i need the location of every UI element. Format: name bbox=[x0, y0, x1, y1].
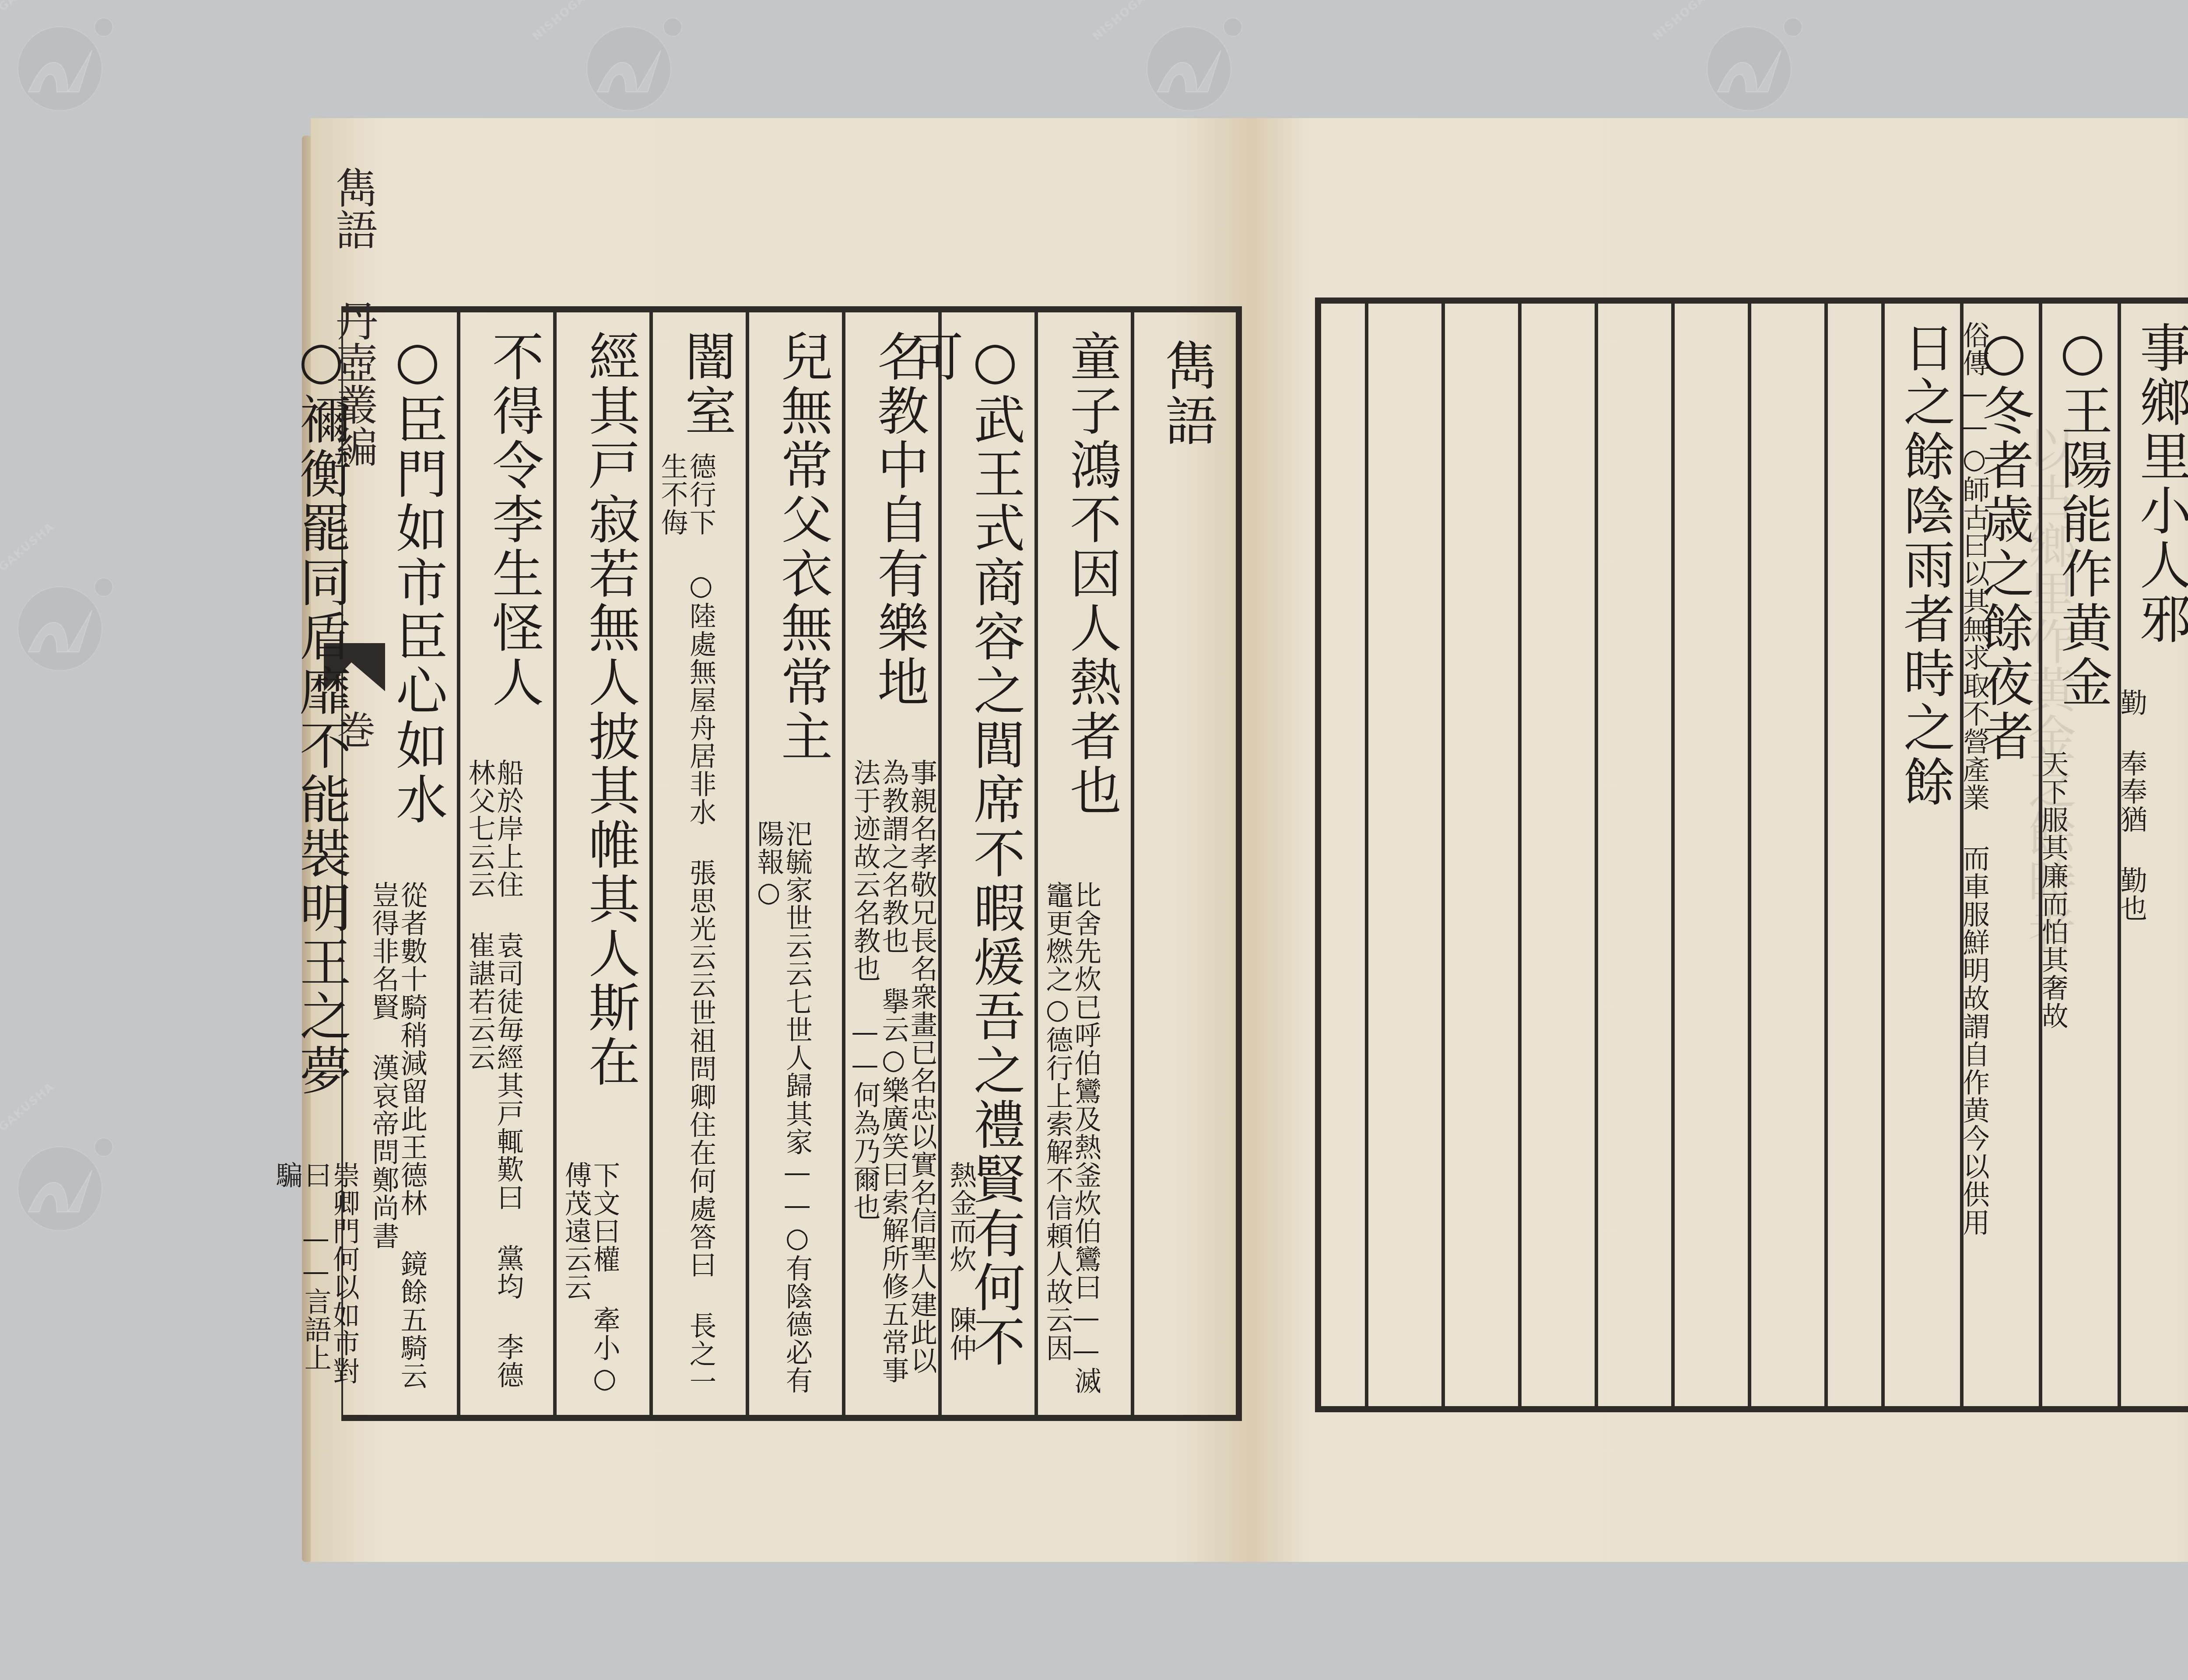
text-column: ○冬者歳之餘夜者俗傳——○師古曰以其無求取不營產業 而車服鮮明故謂自作黄今以供用 bbox=[1960, 321, 2039, 1389]
main-text: 事鄉里小人邪 bbox=[2130, 321, 2188, 647]
main-text: 不得令李生怪人 bbox=[482, 330, 544, 710]
main-text: 童子鴻不因人熱者也 bbox=[1060, 330, 1122, 818]
blank-column-rule bbox=[1518, 304, 1522, 1406]
text-column: ○武王式商容之閭席不暇煖吾之禮賢有何不可熱金而炊 陳仲 bbox=[947, 330, 1034, 1397]
left-page: 雋語 丹壺叢編 巻 雋語 童子鴻不因人熱者也比舍先炊已呼伯鸞及熱釜炊伯鸞曰——滅… bbox=[311, 118, 1252, 1562]
main-text: ○禰衡罷同盾靡不能裝明王之夢 bbox=[290, 330, 352, 1098]
annotation-text: 熱金而炊 陳仲 bbox=[947, 1161, 975, 1362]
text-column: 經其戸寂若無人披其帷其人斯在下文曰權 牽小○ 傅茂遠云云 bbox=[562, 330, 649, 1397]
text-column: ○臣門如市臣心如水從者數十騎稍減留此王德林 鏡餘五騎云 豈得非名賢 漢哀帝問鄭尚… bbox=[369, 330, 457, 1397]
right-text-frame: 事鄉里小人邪勤 奉奉猶 勤也○王陽能作黄金天下服其廉而怕其奢故○冬者歳之餘夜者俗… bbox=[1315, 297, 2188, 1412]
annotation-text: 從者數十騎稍減留此王德林 鏡餘五騎云 豈得非名賢 漢哀帝問鄭尚書 bbox=[369, 881, 426, 1397]
watermark-logo: NISHOGAKUSHA bbox=[1129, 0, 1243, 114]
main-text: ○王陽能作黄金 bbox=[2051, 321, 2113, 710]
text-column: 兒無常父衣無常主汜毓家世云云七世人歸其家——○有陰德必有陽報○ bbox=[754, 330, 842, 1397]
text-column: ○王陽能作黄金天下服其廉而怕其奢故 bbox=[2039, 321, 2118, 1389]
watermark-logo: NISHOGAKUSHA bbox=[0, 1120, 114, 1234]
watermark-logo: NISHOGAKUSHA bbox=[569, 0, 683, 114]
annotation-text: 船於岸上住 袁司徒毎經其戸輒歎曰 黨均 李德林父七云云 崔諶若云云 bbox=[466, 759, 522, 1397]
main-text: 日之餘陰雨者時之餘 bbox=[1893, 321, 1956, 809]
annotation-text: 事親名孝敬兄長名衆畫已名忠以實名信聖人建此以為教謂之名教也 擧云○樂廣笑曰索解所… bbox=[851, 759, 936, 1397]
annotation-text: 比舍先炊已呼伯鸞及熱釜炊伯鸞曰——滅竈更燃之○德行上索解不信頼人故云因 bbox=[1043, 881, 1100, 1397]
blank-column-rule bbox=[1595, 304, 1598, 1406]
annotation-text: 汜毓家世云云七世人歸其家——○有陰德必有陽報○ bbox=[754, 820, 811, 1397]
watermark-logo: NISHOGAKUSHA bbox=[1689, 0, 1803, 114]
main-text: ○臣門如市臣心如水 bbox=[386, 330, 448, 827]
watermark-logo: NISHOGAKUSHA bbox=[0, 0, 114, 114]
blank-column-rule bbox=[1441, 304, 1445, 1406]
text-column: 闇室德行下 ○陸處無屋舟居非水 張思光云云世祖問卿住在何處答曰 長之一生不侮 bbox=[658, 330, 746, 1397]
blank-column-rule bbox=[1824, 304, 1828, 1406]
blank-column-rule bbox=[1671, 304, 1675, 1406]
watermark-logo: NISHOGAKUSHA bbox=[0, 560, 114, 674]
blank-column-rule bbox=[1365, 304, 1368, 1406]
annotation-text: 天下服其廉而怕其奢故 bbox=[2039, 750, 2067, 1030]
open-book: 雋語 丹壺叢編 巻 雋語 童子鴻不因人熱者也比舍先炊已呼伯鸞及熱釜炊伯鸞曰——滅… bbox=[302, 118, 2188, 1566]
text-column: 童子鴻不因人熱者也比舍先炊已呼伯鸞及熱釜炊伯鸞曰——滅竈更燃之○德行上索解不信頼… bbox=[1043, 330, 1131, 1397]
annotation-text: 俗傳——○師古曰以其無求取不營產業 而車服鮮明故謂自作黄今以供用 bbox=[1960, 321, 1988, 1236]
text-column: 事鄉里小人邪勤 奉奉猶 勤也 bbox=[2118, 321, 2188, 1389]
section-heading: 雋語 bbox=[1155, 339, 1218, 449]
main-text: 名教中自有樂地 bbox=[867, 330, 929, 710]
text-column: 名教中自有樂地事親名孝敬兄長名衆畫已名忠以實名信聖人建此以為教謂之名教也 擧云○… bbox=[851, 330, 938, 1397]
right-page: 以古鄉里作黄金之餘時者 尸犬叢編 巻 事鄉里小人邪勤 奉奉猶 勤也○王陽能作黄金… bbox=[1252, 118, 2188, 1562]
text-column: 日之餘陰雨者時之餘 bbox=[1881, 321, 1960, 1389]
annotation-text: 下文曰權 牽小○ 傅茂遠云云 bbox=[562, 1161, 619, 1397]
annotation-text: 德行下 ○陸處無屋舟居非水 張思光云云世祖問卿住在何處答曰 長之一生不侮 bbox=[658, 452, 715, 1397]
text-column: ○禰衡罷同盾靡不能裝明王之夢崇卿門何以如市對曰 ——言語上 騙 bbox=[273, 330, 361, 1397]
annotation-text: 崇卿門何以如市對曰 ——言語上 騙 bbox=[273, 1161, 358, 1397]
annotation-text: 勤 奉奉猶 勤也 bbox=[2118, 689, 2146, 922]
blank-column-rule bbox=[1748, 304, 1751, 1406]
main-text: 兒無常父衣無常主 bbox=[771, 330, 833, 764]
main-text: 闇室 bbox=[675, 330, 737, 438]
main-text: 經其戸寂若無人披其帷其人斯在 bbox=[579, 330, 641, 1089]
text-column: 不得令李生怪人船於岸上住 袁司徒毎經其戸輒歎曰 黨均 李德林父七云云 崔諶若云云 bbox=[466, 330, 553, 1397]
left-text-frame: 雋語 童子鴻不因人熱者也比舍先炊已呼伯鸞及熱釜炊伯鸞曰——滅竈更燃之○德行上索解… bbox=[341, 306, 1242, 1421]
